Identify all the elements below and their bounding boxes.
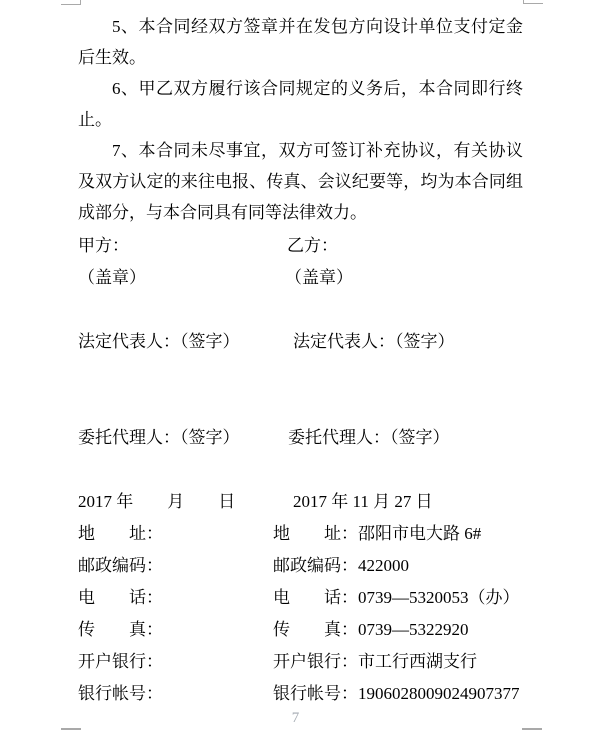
contract-page: 5、本合同经双方签章并在发包方向设计单位支付定金 后生效。 6、甲乙双方履行该合… <box>0 0 591 731</box>
clause-5-line-1: 5、本合同经双方签章并在发包方向设计单位支付定金 <box>78 11 523 42</box>
party-a-phone-label: 电 话： <box>78 582 163 614</box>
party-a-seal-label: （盖章） <box>78 262 146 294</box>
legal-rep-row: 法定代表人：（签字） 法定代表人：（签字） <box>78 326 523 358</box>
crop-mark-bottom-right <box>522 728 542 730</box>
crop-mark-top-left <box>61 4 81 5</box>
signature-block: 甲方： 乙方： （盖章） （盖章） 法定代表人：（签字） 法定代表人：（签字） … <box>78 230 523 710</box>
spacer <box>78 358 523 390</box>
crop-mark-top-right <box>523 3 543 4</box>
agent-row: 委托代理人：（签字） 委托代理人：（签字） <box>78 422 523 454</box>
party-a-legal-rep-label: 法定代表人：（签字） <box>78 326 240 358</box>
crop-mark-bottom-left <box>61 728 81 730</box>
seal-row: （盖章） （盖章） <box>78 262 523 294</box>
account-row: 银行帐号： 银行帐号：1906028009024907377 <box>78 678 523 710</box>
spacer <box>78 294 523 326</box>
phone-row: 电 话： 电 话：0739—5320053（办） <box>78 582 523 614</box>
clause-6: 6、甲乙双方履行该合同规定的义务后，本合同即行终 止。 <box>78 73 523 135</box>
page-number: 7 <box>0 708 591 728</box>
contract-body: 5、本合同经双方签章并在发包方向设计单位支付定金 后生效。 6、甲乙双方履行该合… <box>78 11 523 710</box>
clause-5-line-2: 后生效。 <box>78 42 523 73</box>
party-a-bank-label: 开户银行： <box>78 646 163 678</box>
party-b-postcode: 邮政编码：422000 <box>273 550 409 582</box>
spacer <box>78 390 523 422</box>
party-a-agent-label: 委托代理人：（签字） <box>78 422 240 454</box>
clause-7-line-1: 7、本合同未尽事宜，双方可签订补充协议，有关协议 <box>78 135 523 166</box>
party-b-phone: 电 话：0739—5320053（办） <box>273 582 520 614</box>
date-row: 2017 年 月 日 2017 年 11 月 27 日 <box>78 486 523 518</box>
party-a-postcode-label: 邮政编码： <box>78 550 163 582</box>
party-b-seal-label: （盖章） <box>285 262 353 294</box>
bank-row: 开户银行： 开户银行：市工行西湖支行 <box>78 646 523 678</box>
clause-5: 5、本合同经双方签章并在发包方向设计单位支付定金 后生效。 <box>78 11 523 73</box>
crop-mark-top-left-arm <box>80 0 81 4</box>
party-a-address-label: 地 址： <box>78 518 163 550</box>
clause-7-line-3: 成部分，与本合同具有同等法律效力。 <box>78 197 523 228</box>
party-b-agent-label: 委托代理人：（签字） <box>288 422 450 454</box>
clause-7-line-2: 及双方认定的来往电报、传真、会议纪要等，均为本合同组 <box>78 166 523 197</box>
postcode-row: 邮政编码： 邮政编码：422000 <box>78 550 523 582</box>
party-a-account-label: 银行帐号： <box>78 678 163 710</box>
address-row: 地 址： 地 址：邵阳市电大路 6# <box>78 518 523 550</box>
party-b-label: 乙方： <box>287 230 338 262</box>
spacer <box>78 454 523 486</box>
party-a-date: 2017 年 月 日 <box>78 486 235 518</box>
party-b-account: 银行帐号：1906028009024907377 <box>273 678 520 710</box>
party-b-bank: 开户银行：市工行西湖支行 <box>273 646 477 678</box>
crop-mark-top-right-arm <box>523 0 524 3</box>
clause-6-line-2: 止。 <box>78 104 523 135</box>
fax-row: 传 真： 传 真：0739—5322920 <box>78 614 523 646</box>
party-row: 甲方： 乙方： <box>78 230 523 262</box>
clause-6-line-1: 6、甲乙双方履行该合同规定的义务后，本合同即行终 <box>78 73 523 104</box>
party-b-date: 2017 年 11 月 27 日 <box>293 486 433 518</box>
party-b-fax: 传 真：0739—5322920 <box>273 614 469 646</box>
party-a-fax-label: 传 真： <box>78 614 163 646</box>
party-b-address: 地 址：邵阳市电大路 6# <box>273 518 481 550</box>
party-a-label: 甲方： <box>78 230 129 262</box>
clause-7: 7、本合同未尽事宜，双方可签订补充协议，有关协议 及双方认定的来往电报、传真、会… <box>78 135 523 228</box>
party-b-legal-rep-label: 法定代表人：（签字） <box>293 326 455 358</box>
